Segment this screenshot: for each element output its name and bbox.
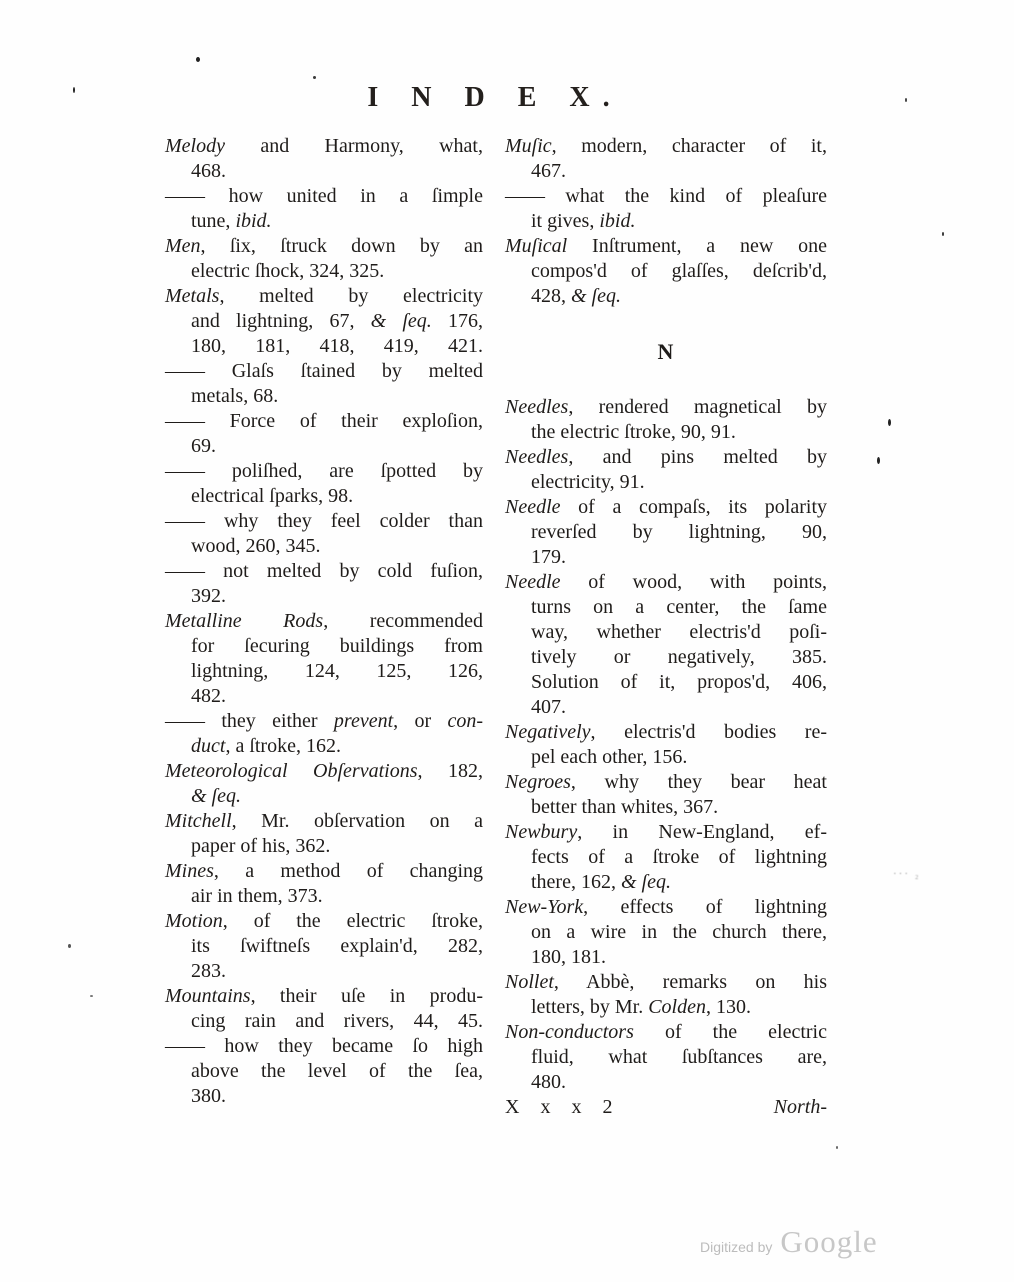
- index-line: the electric ſtroke, 90, 91.: [505, 420, 827, 445]
- index-line: —— they either prevent, or con-: [165, 709, 483, 734]
- index-line: Negatively, electris'd bodies re-: [505, 720, 827, 745]
- index-line: Men, ſix, ſtruck down by an: [165, 234, 483, 259]
- right-column: Muſic, modern, character of it,467.—— wh…: [505, 134, 827, 1120]
- scan-smudge: ··· ₂: [893, 868, 921, 880]
- left-column: Melody and Harmony, what,468.—— how unit…: [165, 134, 483, 1120]
- scan-speck: [196, 57, 200, 62]
- index-line: Melody and Harmony, what,: [165, 134, 483, 159]
- index-line: —— what the kind of pleaſure: [505, 184, 827, 209]
- scan-speck: [836, 1146, 838, 1149]
- index-line: Needles, rendered magnetical by: [505, 395, 827, 420]
- scan-speck: [68, 944, 71, 948]
- index-line: and lightning, 67, & ſeq. 176,: [165, 309, 483, 334]
- index-line: better than whites, 367.: [505, 795, 827, 820]
- index-line: —— Glaſs ſtained by melted: [165, 359, 483, 384]
- index-line: Non-conductors of the electric: [505, 1020, 827, 1045]
- index-line: metals, 68.: [165, 384, 483, 409]
- index-line: Needle of wood, with points,: [505, 570, 827, 595]
- index-line: —— how they became ſo high: [165, 1034, 483, 1059]
- index-line: Needle of a compaſs, its polarity: [505, 495, 827, 520]
- index-line: Needles, and pins melted by: [505, 445, 827, 470]
- index-line: way, whether electris'd poſi-: [505, 620, 827, 645]
- google-watermark: Digitized by Google: [700, 1224, 878, 1260]
- index-line: its ſwiftneſs explain'd, 282,: [165, 934, 483, 959]
- scan-speck: [942, 232, 944, 236]
- index-line: pel each other, 156.: [505, 745, 827, 770]
- index-line: 180, 181.: [505, 945, 827, 970]
- index-line: 480.: [505, 1070, 827, 1095]
- index-line: on a wire in the church there,: [505, 920, 827, 945]
- index-line: Muſical Inſtrument, a new one: [505, 234, 827, 259]
- index-line: Mines, a method of changing: [165, 859, 483, 884]
- index-line: lightning, 124, 125, 126,: [165, 659, 483, 684]
- index-line: Mountains, their uſe in produ-: [165, 984, 483, 1009]
- index-line: reverſed by lightning, 90,: [505, 520, 827, 545]
- index-line: compos'd of glaſſes, deſcrib'd,: [505, 259, 827, 284]
- index-line: duct, a ſtroke, 162.: [165, 734, 483, 759]
- right-column-top: Muſic, modern, character of it,467.—— wh…: [505, 134, 827, 309]
- index-line: Meteorological Obſervations, 182,: [165, 759, 483, 784]
- index-line: electrical ſparks, 98.: [165, 484, 483, 509]
- scan-speck: [313, 76, 316, 79]
- index-line: 407.: [505, 695, 827, 720]
- index-line: fects of a ſtroke of lightning: [505, 845, 827, 870]
- index-line: —— poliſhed, are ſpotted by: [165, 459, 483, 484]
- right-column-bottom: Needles, rendered magnetical bythe elect…: [505, 395, 827, 1095]
- index-line: Motion, of the electric ſtroke,: [165, 909, 483, 934]
- scan-speck: [888, 419, 891, 426]
- index-line: letters, by Mr. Colden, 130.: [505, 995, 827, 1020]
- scan-speck: [905, 98, 907, 102]
- index-line: fluid, what ſubſtances are,: [505, 1045, 827, 1070]
- index-line: 468.: [165, 159, 483, 184]
- index-line: New-York, effects of lightning: [505, 895, 827, 920]
- index-line: above the level of the ſea,: [165, 1059, 483, 1084]
- scan-speck: [90, 995, 93, 997]
- index-line: 467.: [505, 159, 827, 184]
- index-line: Metals, melted by electricity: [165, 284, 483, 309]
- index-line: there, 162, & ſeq.: [505, 870, 827, 895]
- index-line: tune, ibid.: [165, 209, 483, 234]
- index-columns: Melody and Harmony, what,468.—— how unit…: [165, 134, 827, 1120]
- index-line: 482.: [165, 684, 483, 709]
- index-line: 283.: [165, 959, 483, 984]
- scan-speck: [877, 457, 880, 464]
- index-line: —— why they feel colder than: [165, 509, 483, 534]
- index-line: Nollet, Abbè, remarks on his: [505, 970, 827, 995]
- index-page-title: I N D E X.: [165, 82, 825, 114]
- catchword: North-: [774, 1095, 827, 1120]
- index-line: electric ſhock, 324, 325.: [165, 259, 483, 284]
- index-line: & ſeq.: [165, 784, 483, 809]
- index-line: electricity, 91.: [505, 470, 827, 495]
- signature-row: X x x 2 North-: [505, 1095, 827, 1120]
- index-line: cing rain and rivers, 44, 45.: [165, 1009, 483, 1034]
- index-line: 380.: [165, 1084, 483, 1109]
- index-line: for ſecuring buildings from: [165, 634, 483, 659]
- index-line: Newbury, in New-England, ef-: [505, 820, 827, 845]
- index-line: tively or negatively, 385.: [505, 645, 827, 670]
- index-line: Mitchell, Mr. obſervation on a: [165, 809, 483, 834]
- index-line: 428, & ſeq.: [505, 284, 827, 309]
- index-line: —— Force of their exploſion,: [165, 409, 483, 434]
- index-line: Solution of it, propos'd, 406,: [505, 670, 827, 695]
- index-line: —— not melted by cold fuſion,: [165, 559, 483, 584]
- index-line: 392.: [165, 584, 483, 609]
- scan-speck: [73, 87, 75, 93]
- section-heading-n: N: [505, 339, 827, 364]
- index-line: 180, 181, 418, 419, 421.: [165, 334, 483, 359]
- index-line: —— how united in a ſimple: [165, 184, 483, 209]
- index-line: turns on a center, the ſame: [505, 595, 827, 620]
- signature-mark: X x x 2: [505, 1095, 614, 1120]
- index-line: paper of his, 362.: [165, 834, 483, 859]
- index-line: it gives, ibid.: [505, 209, 827, 234]
- index-line: 179.: [505, 545, 827, 570]
- index-line: air in them, 373.: [165, 884, 483, 909]
- digitized-by-text: Digitized by: [700, 1239, 772, 1255]
- index-line: wood, 260, 345.: [165, 534, 483, 559]
- index-line: Metalline Rods, recommended: [165, 609, 483, 634]
- index-line: 69.: [165, 434, 483, 459]
- index-line: Negroes, why they bear heat: [505, 770, 827, 795]
- index-line: Muſic, modern, character of it,: [505, 134, 827, 159]
- book-page-scan: I N D E X. Melody and Harmony, what,468.…: [0, 0, 1014, 1282]
- google-logo-text: Google: [780, 1224, 877, 1260]
